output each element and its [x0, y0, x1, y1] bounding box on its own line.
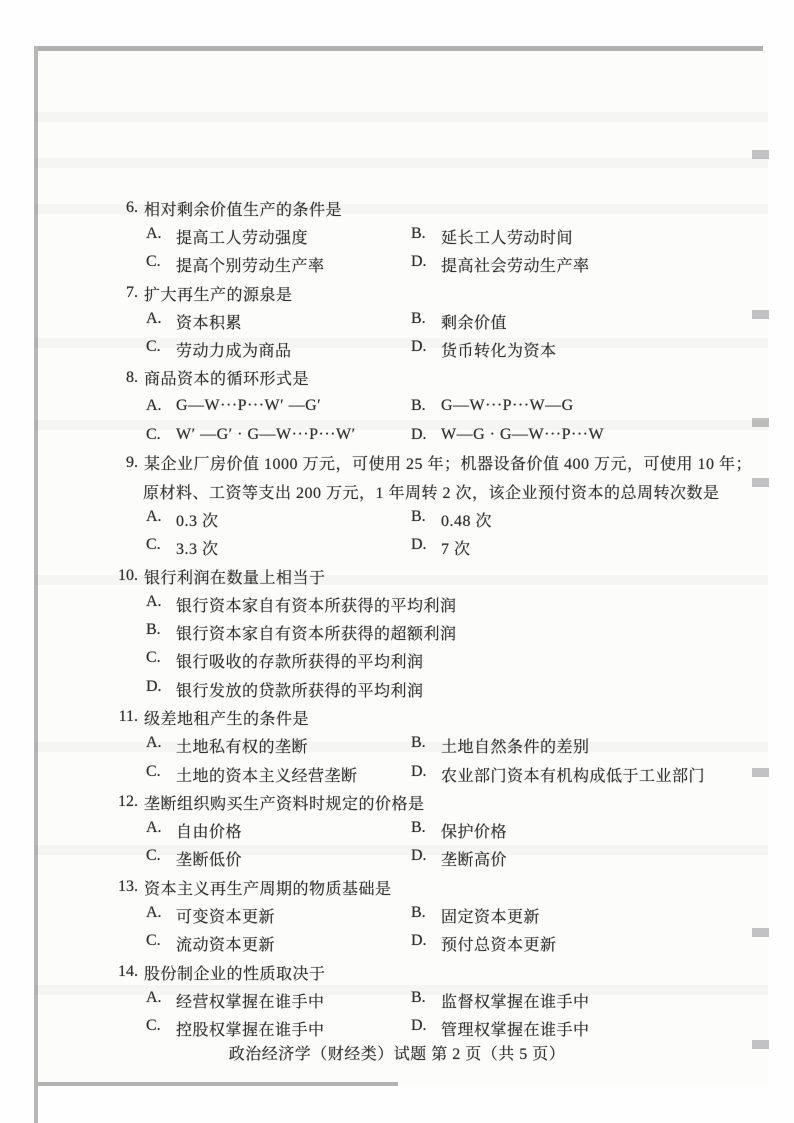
option-c: C. 垄断低价	[146, 847, 411, 870]
option-text: 货币转化为资本	[441, 338, 557, 361]
option-text: 土地私有权的垄断	[176, 734, 308, 757]
option-label: A.	[146, 397, 176, 415]
option-d: D. 银行发放的贷款所获得的平均利润	[146, 678, 424, 701]
option-text: 0.48 次	[441, 508, 492, 531]
option-label: B.	[411, 310, 441, 333]
option-text: 延长工人劳动时间	[441, 225, 573, 248]
question-stem: 资本主义再生产周期的物质基础是	[144, 876, 392, 899]
option-text: 管理权掌握在谁手中	[441, 1017, 590, 1040]
option-text: 0.3 次	[176, 508, 219, 531]
option-a: A. 自由价格	[146, 819, 411, 842]
option-text: 提高个别劳动生产率	[176, 253, 325, 276]
question-stem-row: 12. 垄断组织购买生产资料时规定的价格是	[0, 788, 794, 816]
option-a: A. 可变资本更新	[146, 904, 411, 927]
options-row: D. 银行发放的贷款所获得的平均利润	[0, 675, 794, 703]
question-stem-row: 原材料、工资等支出 200 万元，1 年周转 2 次，该企业预付资本的总周转次数…	[0, 477, 794, 505]
question-number: 6.	[98, 199, 138, 217]
option-text: 银行资本家自有资本所获得的平均利润	[176, 593, 457, 616]
option-text: 剩余价值	[441, 310, 507, 333]
option-label: C.	[146, 847, 176, 870]
option-label: D.	[411, 847, 441, 870]
options-row: A. 资本积累 B. 剩余价值	[0, 307, 794, 335]
option-d: D. 7 次	[411, 536, 471, 559]
question-14: 14. 股份制企业的性质取决于 A. 经营权掌握在谁手中 B. 监督权掌握在谁手…	[0, 958, 794, 1043]
options-row: A. 0.3 次 B. 0.48 次	[0, 505, 794, 533]
option-a: A. 土地私有权的垄断	[146, 734, 411, 757]
option-a: A. 提高工人劳动强度	[146, 225, 411, 248]
question-stem-row: 13. 资本主义再生产周期的物质基础是	[0, 873, 794, 901]
option-text: 农业部门资本有机构成低于工业部门	[441, 763, 705, 786]
option-text: 提高社会劳动生产率	[441, 253, 590, 276]
option-label: D.	[411, 338, 441, 361]
question-stem: 相对剩余价值生产的条件是	[144, 197, 342, 220]
options-row: A. G—W···P···W′ —G′ B. G—W···P···W—G	[0, 392, 794, 420]
option-label: B.	[411, 904, 441, 927]
question-stem-row: 7. 扩大再生产的源泉是	[0, 279, 794, 307]
option-b: B. 保护价格	[411, 819, 507, 842]
option-b: B. 固定资本更新	[411, 904, 540, 927]
option-a: A. G—W···P···W′ —G′	[146, 397, 411, 415]
option-label: A.	[146, 989, 176, 1012]
options-row: A. 可变资本更新 B. 固定资本更新	[0, 901, 794, 929]
question-stem: 股份制企业的性质取决于	[144, 961, 326, 984]
question-number: 12.	[98, 793, 138, 811]
options-row: A. 自由价格 B. 保护价格	[0, 817, 794, 845]
option-label: D.	[146, 678, 176, 701]
options-row: C. 土地的资本主义经营垄断 D. 农业部门资本有机构成低于工业部门	[0, 760, 794, 788]
option-d: D. 预付总资本更新	[411, 932, 557, 955]
options-row: C. 提高个别劳动生产率 D. 提高社会劳动生产率	[0, 251, 794, 279]
option-label: B.	[411, 508, 441, 531]
exam-page: 6. 相对剩余价值生产的条件是 A. 提高工人劳动强度 B. 延长工人劳动时间 …	[0, 0, 794, 1123]
question-number: 14.	[98, 963, 138, 981]
option-text: 7 次	[441, 536, 471, 559]
question-stem: 商品资本的循环形式是	[144, 366, 309, 389]
option-label: A.	[146, 508, 176, 531]
options-row: A. 经营权掌握在谁手中 B. 监督权掌握在谁手中	[0, 986, 794, 1014]
question-number: 11.	[98, 708, 138, 726]
option-label: B.	[411, 397, 441, 415]
option-text: 监督权掌握在谁手中	[441, 989, 590, 1012]
question-stem: 级差地租产生的条件是	[144, 706, 309, 729]
option-text: 控股权掌握在谁手中	[176, 1017, 325, 1040]
option-d: D. 农业部门资本有机构成低于工业部门	[411, 763, 705, 786]
option-text: W′ —G′ · G—W···P···W′	[176, 426, 356, 444]
option-label: D.	[411, 763, 441, 786]
question-stem: 扩大再生产的源泉是	[144, 282, 293, 305]
option-label: A.	[146, 310, 176, 333]
question-7: 7. 扩大再生产的源泉是 A. 资本积累 B. 剩余价值 C. 劳动力成为商品	[0, 279, 794, 364]
options-row: C. 流动资本更新 D. 预付总资本更新	[0, 930, 794, 958]
question-8: 8. 商品资本的循环形式是 A. G—W···P···W′ —G′ B. G—W…	[0, 364, 794, 449]
option-label: C.	[146, 763, 176, 786]
option-c: C. 流动资本更新	[146, 932, 411, 955]
options-row: C. W′ —G′ · G—W···P···W′ D. W—G · G—W···…	[0, 420, 794, 448]
options-row: A. 土地私有权的垄断 B. 土地自然条件的差别	[0, 732, 794, 760]
option-text: 经营权掌握在谁手中	[176, 989, 325, 1012]
question-stem-continued: 原材料、工资等支出 200 万元，1 年周转 2 次，该企业预付资本的总周转次数…	[143, 480, 720, 503]
option-label: B.	[146, 621, 176, 644]
option-text: 提高工人劳动强度	[176, 225, 308, 248]
option-d: D. 提高社会劳动生产率	[411, 253, 590, 276]
option-a: A. 0.3 次	[146, 508, 411, 531]
scan-border-top	[36, 46, 763, 51]
option-label: C.	[146, 932, 176, 955]
option-text: 固定资本更新	[441, 904, 540, 927]
option-label: D.	[411, 426, 441, 444]
option-d: D. 管理权掌握在谁手中	[411, 1017, 590, 1040]
question-number: 7.	[98, 284, 138, 302]
option-c: C. 提高个别劳动生产率	[146, 253, 411, 276]
question-stem: 垄断组织购买生产资料时规定的价格是	[144, 791, 425, 814]
question-stem-row: 10. 银行利润在数量上相当于	[0, 562, 794, 590]
option-label: D.	[411, 253, 441, 276]
option-c: C. 劳动力成为商品	[146, 338, 411, 361]
option-text: 3.3 次	[176, 536, 219, 559]
option-text: W—G · G—W···P···W	[441, 426, 604, 444]
option-c: C. 土地的资本主义经营垄断	[146, 763, 411, 786]
option-c: C. W′ —G′ · G—W···P···W′	[146, 426, 411, 444]
option-text: G—W···P···W′ —G′	[176, 397, 321, 415]
question-stem-row: 11. 级差地租产生的条件是	[0, 703, 794, 731]
options-row: C. 银行吸收的存款所获得的平均利润	[0, 647, 794, 675]
option-label: B.	[411, 225, 441, 248]
options-row: A. 提高工人劳动强度 B. 延长工人劳动时间	[0, 222, 794, 250]
option-label: B.	[411, 989, 441, 1012]
option-label: D.	[411, 932, 441, 955]
option-b: B. 剩余价值	[411, 310, 507, 333]
options-row: A. 银行资本家自有资本所获得的平均利润	[0, 590, 794, 618]
option-text: 垄断高价	[441, 847, 507, 870]
options-row: C. 劳动力成为商品 D. 货币转化为资本	[0, 335, 794, 363]
option-text: 银行发放的贷款所获得的平均利润	[176, 678, 424, 701]
question-stem-row: 14. 股份制企业的性质取决于	[0, 958, 794, 986]
option-a: A. 资本积累	[146, 310, 411, 333]
option-text: 可变资本更新	[176, 904, 275, 927]
question-number: 8.	[98, 369, 138, 387]
question-6: 6. 相对剩余价值生产的条件是 A. 提高工人劳动强度 B. 延长工人劳动时间 …	[0, 194, 794, 279]
option-label: C.	[146, 338, 176, 361]
option-label: A.	[146, 734, 176, 757]
question-number: 10.	[98, 567, 138, 585]
option-d: D. W—G · G—W···P···W	[411, 426, 604, 444]
option-label: A.	[146, 225, 176, 248]
option-label: C.	[146, 649, 176, 672]
question-10: 10. 银行利润在数量上相当于 A. 银行资本家自有资本所获得的平均利润 B. …	[0, 562, 794, 703]
option-label: C.	[146, 253, 176, 276]
scan-streak	[35, 158, 768, 168]
option-text: 劳动力成为商品	[176, 338, 292, 361]
option-b: B. 土地自然条件的差别	[411, 734, 590, 757]
question-stem-row: 8. 商品资本的循环形式是	[0, 364, 794, 392]
option-text: 预付总资本更新	[441, 932, 557, 955]
option-label: D.	[411, 536, 441, 559]
option-d: D. 货币转化为资本	[411, 338, 557, 361]
option-c: C. 控股权掌握在谁手中	[146, 1017, 411, 1040]
question-stem: 某企业厂房价值 1000 万元，可使用 25 年；机器设备价值 400 万元，可…	[144, 451, 752, 474]
option-label: B.	[411, 819, 441, 842]
question-stem-row: 9. 某企业厂房价值 1000 万元，可使用 25 年；机器设备价值 400 万…	[0, 449, 794, 477]
option-text: 土地自然条件的差别	[441, 734, 590, 757]
option-label: C.	[146, 536, 176, 559]
option-text: 银行资本家自有资本所获得的超额利润	[176, 621, 457, 644]
option-text: 资本积累	[176, 310, 242, 333]
option-label: B.	[411, 734, 441, 757]
option-c: C. 3.3 次	[146, 536, 411, 559]
option-text: 保护价格	[441, 819, 507, 842]
questions-area: 6. 相对剩余价值生产的条件是 A. 提高工人劳动强度 B. 延长工人劳动时间 …	[0, 194, 794, 1043]
scan-border-bottom	[36, 1082, 398, 1086]
scan-streak	[35, 112, 768, 122]
page-footer: 政治经济学（财经类）试题 第 2 页（共 5 页）	[0, 1041, 794, 1064]
options-row: C. 控股权掌握在谁手中 D. 管理权掌握在谁手中	[0, 1015, 794, 1043]
question-9: 9. 某企业厂房价值 1000 万元，可使用 25 年；机器设备价值 400 万…	[0, 449, 794, 562]
options-row: C. 垄断低价 D. 垄断高价	[0, 845, 794, 873]
option-a: A. 经营权掌握在谁手中	[146, 989, 411, 1012]
option-label: D.	[411, 1017, 441, 1040]
question-number: 13.	[98, 878, 138, 896]
question-12: 12. 垄断组织购买生产资料时规定的价格是 A. 自由价格 B. 保护价格 C.…	[0, 788, 794, 873]
option-text: 流动资本更新	[176, 932, 275, 955]
options-row: C. 3.3 次 D. 7 次	[0, 534, 794, 562]
option-label: C.	[146, 1017, 176, 1040]
option-b: B. 延长工人劳动时间	[411, 225, 573, 248]
options-row: B. 银行资本家自有资本所获得的超额利润	[0, 618, 794, 646]
option-text: 银行吸收的存款所获得的平均利润	[176, 649, 424, 672]
option-text: 自由价格	[176, 819, 242, 842]
option-b: B. 0.48 次	[411, 508, 492, 531]
option-text: G—W···P···W—G	[441, 397, 574, 415]
option-a: A. 银行资本家自有资本所获得的平均利润	[146, 593, 457, 616]
option-label: C.	[146, 426, 176, 444]
option-b: B. 监督权掌握在谁手中	[411, 989, 590, 1012]
option-d: D. 垄断高价	[411, 847, 507, 870]
option-text: 垄断低价	[176, 847, 242, 870]
question-13: 13. 资本主义再生产周期的物质基础是 A. 可变资本更新 B. 固定资本更新 …	[0, 873, 794, 958]
question-stem-row: 6. 相对剩余价值生产的条件是	[0, 194, 794, 222]
question-11: 11. 级差地租产生的条件是 A. 土地私有权的垄断 B. 土地自然条件的差别 …	[0, 703, 794, 788]
option-text: 土地的资本主义经营垄断	[176, 763, 358, 786]
question-number: 9.	[98, 454, 138, 472]
option-c: C. 银行吸收的存款所获得的平均利润	[146, 649, 424, 672]
option-b: B. G—W···P···W—G	[411, 397, 574, 415]
question-stem: 银行利润在数量上相当于	[144, 565, 326, 588]
option-label: A.	[146, 593, 176, 616]
option-label: A.	[146, 904, 176, 927]
option-b: B. 银行资本家自有资本所获得的超额利润	[146, 621, 457, 644]
option-label: A.	[146, 819, 176, 842]
